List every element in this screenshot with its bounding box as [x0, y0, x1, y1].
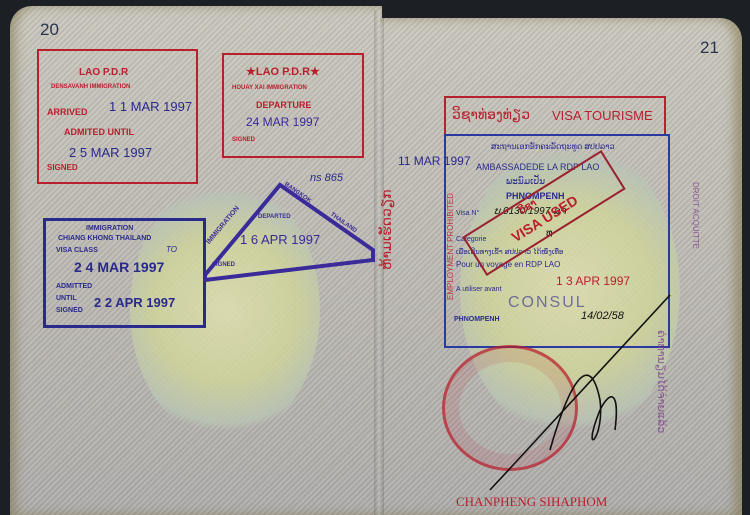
page-number-right: 21	[700, 38, 719, 58]
side-text-droit-acquitte: DROIT ACQUITTE	[691, 182, 700, 249]
visa-header-box: ວິຊາທ່ອງທ່ຽວ VISA TOURISME	[444, 96, 666, 136]
stamp-thai-departure-signed: SIGNED	[212, 262, 235, 268]
signature	[480, 290, 680, 500]
signatory-name: CHANPHENG SIHAPHOM	[456, 494, 607, 510]
side-text-prohibited: EMPLOYMENT PROHIBITED	[446, 193, 455, 300]
stamp-lao-arrival: LAO P.D.R DENSAVANH IMMIGRATION ARRIVED …	[37, 49, 198, 184]
stamp-thai-arrival: IMMIGRATION CHIANG KHONG THAILAND VISA C…	[43, 218, 206, 328]
side-text-lao-red: ຫ້າມເຮັດວຽກ	[378, 189, 395, 270]
page-number-left: 20	[40, 20, 59, 40]
stamp-thai-departure-date: 1 6 APR 1997	[240, 232, 320, 247]
stamp-lao-departure: ★LAO P.D.R★ HOUAY XAI IMMIGRATION DEPART…	[222, 53, 364, 158]
stamp-thai-departure-type: DEPARTED	[258, 214, 291, 220]
